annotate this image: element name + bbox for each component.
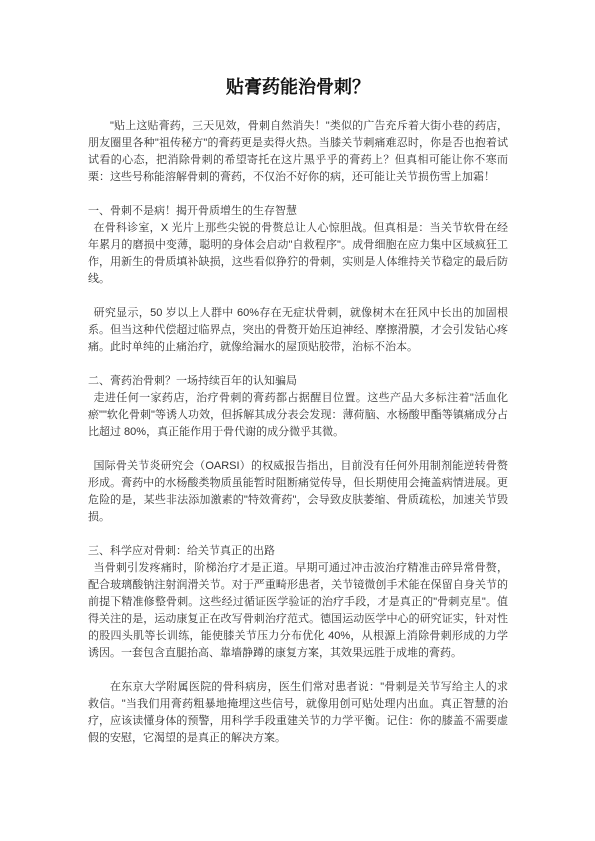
document-title: 贴膏药能治骨刺？	[88, 76, 508, 98]
section-1-paragraph-2: 研究显示，50 岁以上人群中 60%存在无症状骨刺，就像树木在狂风中长出的加固根…	[88, 305, 508, 356]
section-2-heading: 二、膏药治骨刺？一场持续百年的认知骗局	[88, 373, 508, 390]
closing-paragraph: 在东京大学附属医院的骨科病房，医生们常对患者说："骨刺是关节写给主人的求救信。"…	[88, 679, 508, 747]
section-3-paragraph-1: 当骨刺引发疼痛时，阶梯治疗才是正道。早期可通过冲击波治疗精准击碎异常骨赘，配合玻…	[88, 560, 508, 662]
section-3-heading: 三、科学应对骨刺：给关节真正的出路	[88, 543, 508, 560]
section-2-paragraph-2: 国际骨关节炎研究会（OARSI）的权威报告指出，目前没有任何外用制剂能逆转骨赘形…	[88, 458, 508, 526]
intro-paragraph: "贴上这贴膏药，三天见效，骨刺自然消失！"类似的广告充斥着大街小巷的药店，朋友圈…	[88, 118, 508, 186]
document-page: 贴膏药能治骨刺？ "贴上这贴膏药，三天见效，骨刺自然消失！"类似的广告充斥着大街…	[0, 0, 595, 841]
section-2-paragraph-1: 走进任何一家药店，治疗骨刺的膏药都占据醒目位置。这些产品大多标注着"活血化瘀""…	[88, 390, 508, 441]
document-content: 贴膏药能治骨刺？ "贴上这贴膏药，三天见效，骨刺自然消失！"类似的广告充斥着大街…	[0, 0, 595, 747]
section-1-heading: 一、骨刺不是病！揭开骨质增生的生存智慧	[88, 203, 508, 220]
section-1-paragraph-1: 在骨科诊室，X 光片上那些尖锐的骨赘总让人心惊胆战。但真相是：当关节软骨在经年累…	[88, 220, 508, 288]
